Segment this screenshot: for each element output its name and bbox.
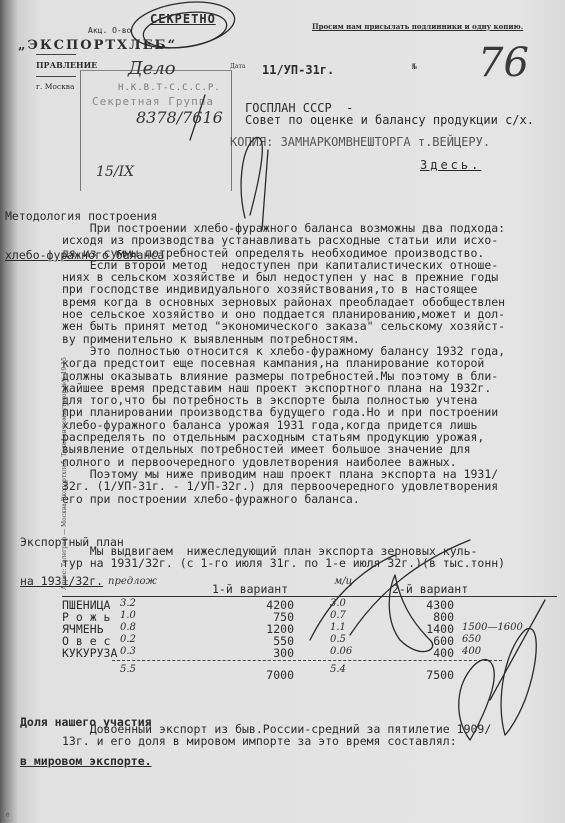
handwritten-strokes xyxy=(0,0,565,823)
document-page: Акц. О-во „ЭКСПОРТХЛЕБ“ ПРАВЛЕНИЕ г. Мос… xyxy=(0,0,565,823)
signature-icon xyxy=(459,660,494,740)
oval-mark-icon xyxy=(128,0,237,54)
